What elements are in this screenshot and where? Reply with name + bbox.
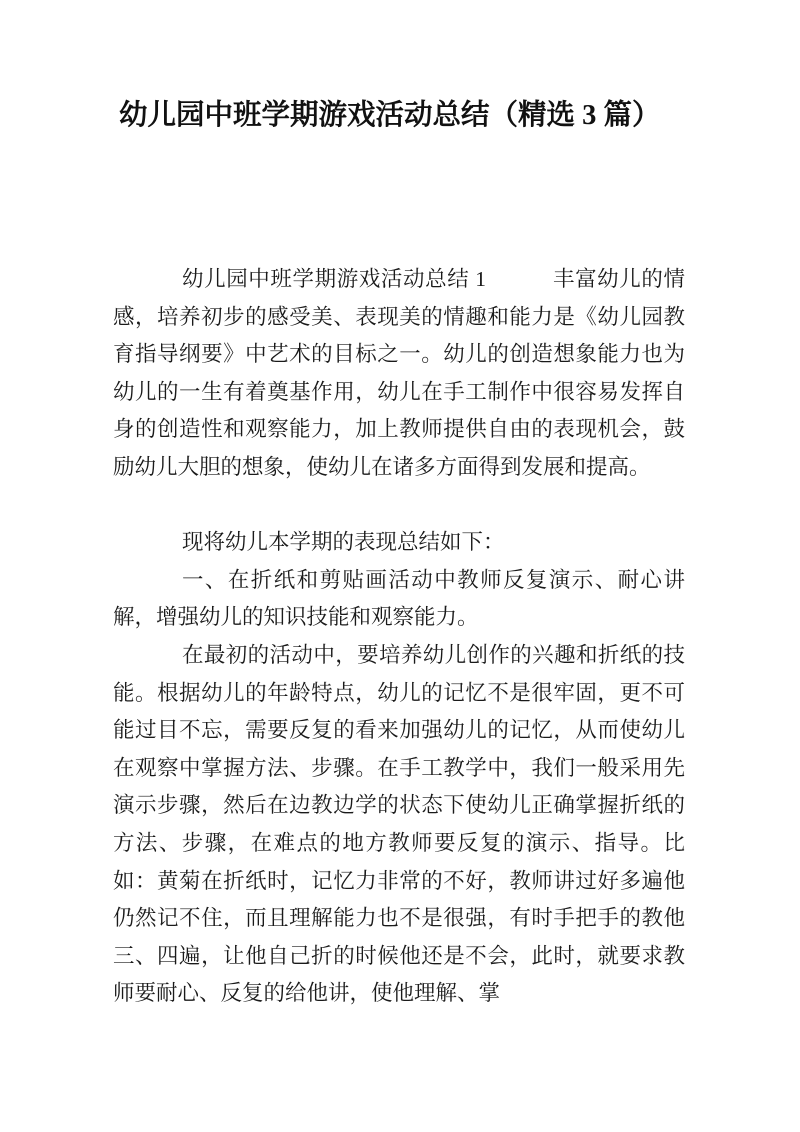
paragraph-3: 一、在折纸和剪贴画活动中教师反复演示、耐心讲解，增强幼儿的知识技能和观察能力。 [113, 562, 685, 637]
document-body: 幼儿园中班学期游戏活动总结 1 丰富幼儿的情感，培养初步的感受美、表现美的情趣和… [113, 261, 685, 1013]
paragraph-4: 在最初的活动中，要培养幼儿创作的兴趣和折纸的技能。根据幼儿的年龄特点，幼儿的记忆… [113, 637, 685, 1013]
paragraph-2: 现将幼儿本学期的表现总结如下： [113, 524, 685, 562]
paragraph-1: 幼儿园中班学期游戏活动总结 1 丰富幼儿的情感，培养初步的感受美、表现美的情趣和… [113, 261, 685, 487]
document-title: 幼儿园中班学期游戏活动总结（精选 3 篇） [119, 99, 661, 133]
document-page: 幼儿园中班学期游戏活动总结（精选 3 篇） 幼儿园中班学期游戏活动总结 1 丰富… [0, 0, 800, 1132]
